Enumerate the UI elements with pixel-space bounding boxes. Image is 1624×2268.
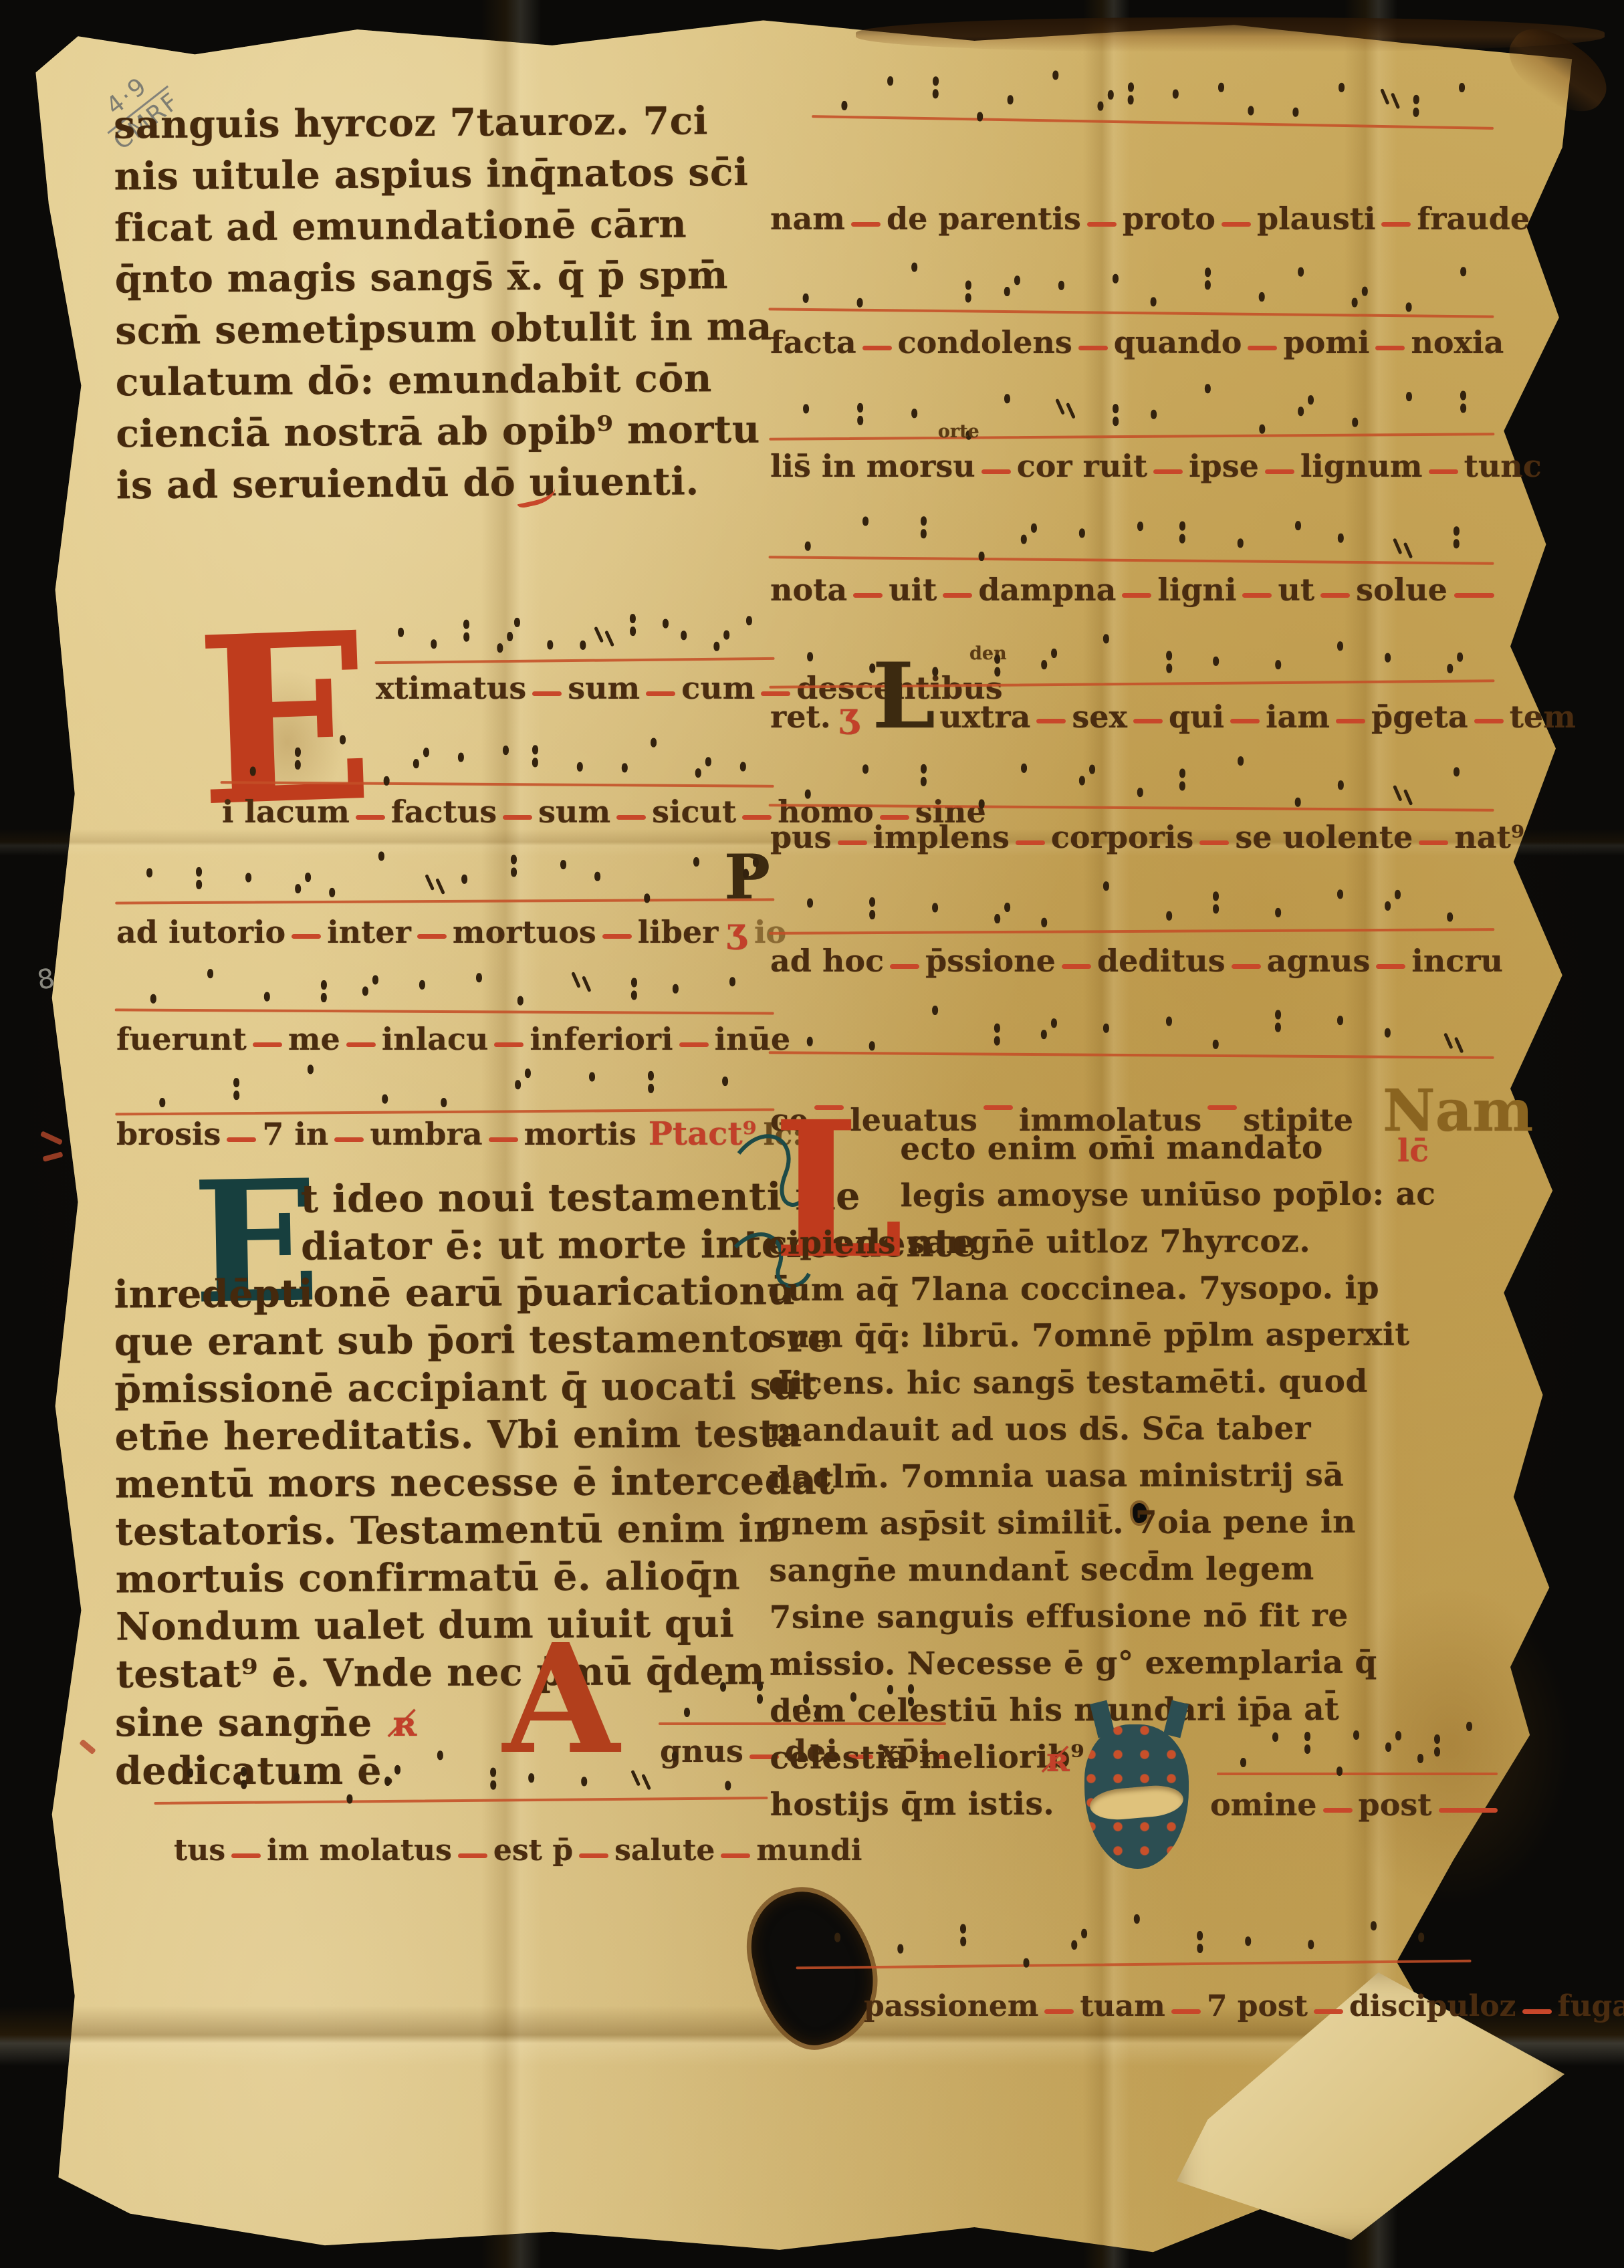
chant-text-line: namde parentisprotoplaustifraude — [769, 201, 1494, 237]
staff-neumes — [154, 1726, 768, 1805]
neume-mark — [1134, 1914, 1140, 1924]
chant-word: quando — [1114, 324, 1242, 360]
neume-mark — [693, 857, 699, 867]
red-separator — [646, 691, 675, 696]
neume-mark — [207, 969, 213, 978]
neume-mark — [560, 860, 566, 869]
red-separator — [1171, 2009, 1201, 2014]
neume-mark — [437, 1750, 443, 1760]
staff-neumes — [374, 586, 774, 664]
chant-word: noxia — [1411, 324, 1504, 360]
staff-neumes — [795, 1889, 1471, 1970]
left-prose-block-1: sanguis hyrcoz 7tauroz. 7cinis uitule as… — [114, 98, 775, 515]
neume-mark — [1137, 788, 1143, 797]
text-line: naclm̄. 7omnia uasa ministrij sā — [769, 1456, 1504, 1506]
neume-mark — [1079, 528, 1085, 538]
neume-mark — [146, 868, 152, 877]
neume-mark — [722, 1076, 728, 1086]
red-separator — [851, 222, 881, 227]
neume-mark — [621, 763, 627, 772]
red-separator — [1522, 2009, 1552, 2014]
neume-mark — [1137, 522, 1143, 531]
red-separator — [862, 346, 892, 350]
neume-mark — [1166, 663, 1172, 673]
chant-word: omine — [1210, 1787, 1317, 1823]
text-line: sangn̄e mundant̄ secd̄m legem — [769, 1550, 1504, 1599]
neume-mark — [196, 880, 202, 889]
chant-word: solue — [1356, 572, 1447, 608]
lc-rubric: lc̄ — [1397, 1133, 1429, 1169]
red-separator — [1320, 593, 1350, 598]
neume-mark — [1466, 1722, 1472, 1731]
neume-mark — [921, 777, 927, 786]
superscript-correction: orte — [938, 421, 979, 442]
text-line: mortuis confirmatū ē. alioq̄n — [116, 1553, 778, 1604]
red-separator — [532, 691, 562, 696]
chant-word: 7 post — [1207, 1989, 1308, 2023]
neume-mark — [681, 631, 687, 640]
neume-mark — [1460, 404, 1466, 413]
neume-mark — [713, 642, 719, 651]
neume-mark — [1447, 664, 1453, 673]
text-line: testatoris. Testamentū enim in — [115, 1506, 777, 1557]
red-separator — [1474, 719, 1504, 723]
red-tail-line — [1439, 1808, 1498, 1813]
text-line: cum aq̄ 7lana coccinea. 7ysopo. ip — [768, 1269, 1504, 1319]
text-line: p̄missionē accipiant q̄ uocati sūt — [114, 1363, 776, 1414]
chant-word: est p̄ — [493, 1833, 573, 1867]
neume-mark — [807, 898, 813, 907]
neume-mark — [581, 1777, 587, 1786]
chant-word: sum — [568, 670, 640, 706]
neume-mark — [1298, 267, 1304, 277]
text-line: Nondum ualet dum uiuit qui — [116, 1601, 778, 1652]
neume-mark — [803, 294, 809, 303]
neume-mark — [264, 992, 270, 1002]
chant-word: cum — [681, 670, 755, 706]
chant-word: tus — [174, 1833, 225, 1867]
neume-mark — [804, 542, 810, 551]
chant-word: condolens — [898, 324, 1072, 360]
neume-mark — [458, 753, 464, 762]
neume-mark — [463, 633, 469, 642]
pencil-mark: 8 — [35, 963, 57, 996]
chant-word: tunc — [1464, 448, 1542, 484]
neume-mark — [476, 973, 482, 982]
chant-word: mortis — [524, 1116, 636, 1152]
text-line: que erant sub p̄ori testamento re — [114, 1316, 776, 1367]
neume-mark — [1053, 70, 1059, 80]
neume-mark — [932, 903, 938, 913]
neume-mark — [1197, 1944, 1203, 1953]
neume-mark — [695, 768, 701, 778]
neume-mark — [532, 758, 538, 767]
neume-mark — [1459, 83, 1465, 92]
neume-mark — [503, 746, 509, 755]
chant-text-line: i lacumfactussumsicuthomosine — [221, 794, 776, 830]
text-line: ecto enim om̄i mandato — [768, 1129, 1503, 1178]
chant-word: im molatus — [267, 1833, 452, 1867]
neume-mark — [978, 799, 984, 808]
neume-mark — [1240, 1758, 1246, 1767]
red-separator — [1381, 222, 1411, 227]
staff-neumes — [221, 710, 775, 788]
neume-mark — [965, 293, 971, 302]
chant-word: ut — [1278, 572, 1314, 608]
red-separator — [616, 815, 646, 820]
red-separator — [1122, 593, 1151, 598]
neume-mark — [1418, 1932, 1424, 1942]
neume-mark — [1337, 1016, 1343, 1025]
neume-mark — [803, 404, 809, 413]
neume-mark — [1393, 538, 1403, 555]
neume-mark — [1454, 539, 1460, 548]
red-staff-line — [1217, 1773, 1498, 1775]
neume-mark — [295, 760, 301, 770]
chant-word: sum — [538, 794, 610, 830]
neume-mark — [461, 875, 467, 884]
staff-neumes — [115, 937, 775, 1014]
red-separator — [227, 1137, 256, 1142]
neume-mark — [862, 516, 868, 526]
chant-word: xtimatus — [376, 670, 526, 706]
text-line: scm̄ semetipsum obtulit in ma — [115, 304, 774, 360]
text-line: gnem asp̄sit similit̄. 7oia pene in — [769, 1503, 1504, 1553]
neume-mark — [651, 738, 657, 748]
chant-word: i lacum — [222, 794, 350, 830]
neume-mark — [362, 986, 368, 996]
neume-mark — [1103, 881, 1109, 891]
red-separator — [1133, 719, 1163, 723]
chant-word: mundi — [756, 1833, 862, 1867]
text-line: etn̄e hereditatis. Vbi enim testa — [114, 1411, 776, 1462]
red-separator — [1375, 346, 1405, 350]
text-line: sum q̄q̄: librū. 7omnē pp̄lm asperxit — [768, 1316, 1504, 1365]
neume-mark — [1238, 756, 1244, 766]
chant-word: se uolente — [1235, 819, 1413, 855]
neume-mark — [1384, 1028, 1390, 1038]
neume-mark — [1259, 292, 1265, 302]
chant-word: corporis — [1051, 819, 1193, 855]
red-separator — [334, 1137, 364, 1142]
red-separator — [981, 469, 1011, 474]
neume-mark — [1385, 1742, 1391, 1752]
text-line: cienciā nostrā ab opib⁹ mortu — [116, 407, 775, 463]
neume-mark — [517, 996, 524, 1006]
text-line: culatum dō: emundabit cōn — [116, 356, 775, 412]
left-prose-block-2: inredēptionē earū p̄uaricationūque eran… — [114, 1268, 778, 1699]
neume-mark — [1007, 95, 1013, 104]
neume-mark — [187, 1768, 193, 1777]
text-line: diator ē: ut morte intercedente — [301, 1222, 776, 1272]
chant-word: qui — [1169, 699, 1224, 735]
staff-neumes: P — [115, 827, 775, 904]
neume-mark — [1434, 1747, 1440, 1756]
neume-mark — [1298, 407, 1304, 416]
chant-word: sicut — [652, 794, 736, 830]
staff-neumes — [769, 485, 1495, 564]
neume-mark — [869, 910, 875, 919]
chant-word: factus — [391, 794, 497, 830]
neume-mark — [382, 1095, 388, 1104]
neume-mark — [378, 851, 384, 861]
neume-mark — [1004, 394, 1010, 403]
chant-word: facta — [770, 324, 856, 360]
red-separator — [489, 1137, 518, 1142]
neume-mark — [1097, 102, 1103, 111]
neume-mark — [932, 1006, 938, 1015]
neume-mark — [1443, 1032, 1454, 1049]
chant-text-line: lis̄ in morsuortecor ruitipselignumtunc — [769, 448, 1494, 484]
red-separator — [1062, 964, 1091, 969]
chant-text-line: ad hocp̄ssionededitusagnusincru — [769, 943, 1494, 979]
neume-mark — [663, 619, 669, 629]
neume-mark — [528, 1773, 534, 1783]
responsory-sign: ʀ̸ — [1046, 1740, 1070, 1779]
chant-text-line: ret.ʒLuxtrasexquiiamp̄getatem — [769, 695, 1494, 736]
red-separator — [1044, 2009, 1074, 2014]
neume-mark — [321, 993, 327, 1002]
chant-word: passionem — [864, 1989, 1038, 2023]
staff-neumes — [768, 237, 1494, 318]
neume-mark — [159, 1098, 165, 1107]
neume-mark — [1339, 83, 1345, 92]
neume-mark — [1213, 904, 1219, 913]
neume-mark — [441, 1098, 447, 1107]
chant-word: sex — [1072, 699, 1127, 735]
chant-word: lis̄ in morsuorte — [770, 448, 975, 484]
neume-mark — [1371, 1921, 1377, 1930]
neume-mark — [340, 735, 346, 744]
text-line: ficat ad emundationē cārn — [114, 201, 774, 257]
neume-mark — [431, 639, 437, 649]
text-line: nis uitule aspius inq̄natos sc̄i — [114, 150, 773, 206]
staff-neumes — [115, 1038, 775, 1116]
neume-mark — [1248, 106, 1254, 115]
chant-text-line: pusimplenscorporisse uolentenat⁹ — [769, 819, 1494, 855]
neume-mark — [576, 762, 582, 772]
red-separator — [1314, 2009, 1343, 2014]
red-separator — [1323, 1808, 1353, 1813]
neume-mark — [994, 1036, 1000, 1046]
neume-mark — [1179, 781, 1185, 790]
staff-neumes — [769, 362, 1495, 441]
text-line: legis amoyse uniūso pop̄lo: ac — [768, 1175, 1503, 1225]
red-separator — [943, 593, 972, 598]
chant-word: dampna — [978, 572, 1116, 608]
neume-mark — [630, 627, 636, 636]
neume-mark — [398, 628, 404, 637]
red-slash-mark — [1351, 1076, 1381, 1133]
neume-mark — [1021, 764, 1027, 773]
neume-mark — [384, 1777, 390, 1786]
staff-neumes — [769, 733, 1495, 812]
chant-word: de parentis — [887, 201, 1081, 237]
red-separator — [417, 934, 447, 939]
neume-mark — [1292, 108, 1298, 117]
chant-word: agnus — [1267, 943, 1371, 979]
manuscript-photo: 4·9 CMRF 8 sanguis hyrcoz 7tauroz. 7cini… — [0, 0, 1624, 2268]
neume-mark — [1413, 108, 1419, 117]
neume-mark — [1112, 274, 1118, 283]
chant-word: lignum — [1300, 448, 1423, 484]
initial-D-domine: D — [1084, 1702, 1198, 1889]
neume-mark — [1166, 911, 1172, 921]
neume-mark — [1021, 535, 1027, 544]
staff-neumes — [769, 857, 1495, 935]
neume-mark — [1275, 660, 1281, 669]
neume-mark — [329, 888, 335, 897]
neume-mark — [1151, 297, 1157, 306]
chant-word: ligni — [1157, 572, 1236, 608]
red-separator — [1429, 469, 1458, 474]
neume-mark — [911, 263, 917, 272]
chant-word: nota — [770, 572, 847, 608]
neume-mark — [1295, 521, 1301, 530]
chant-word: salute — [614, 1833, 715, 1867]
neume-mark — [994, 914, 1000, 923]
neume-mark — [1004, 287, 1010, 296]
neume-mark — [594, 627, 604, 643]
neume-mark — [1454, 767, 1460, 776]
neume-mark — [1352, 298, 1358, 307]
neume-mark — [1079, 776, 1085, 785]
neume-mark — [1272, 1732, 1278, 1742]
red-separator — [356, 815, 385, 820]
neume-mark — [862, 764, 868, 774]
neume-mark — [250, 766, 256, 776]
neume-mark — [490, 1781, 496, 1790]
neume-mark — [897, 1944, 903, 1954]
chant-word: fraude — [1417, 201, 1530, 237]
neume-mark — [857, 416, 863, 425]
neume-mark — [978, 552, 984, 561]
red-separator — [231, 1853, 261, 1858]
staff-neumes — [769, 980, 1495, 1059]
red-separator — [1016, 840, 1045, 845]
neume-mark — [1352, 418, 1358, 427]
neume-mark — [834, 1933, 840, 1942]
red-separator — [602, 934, 632, 939]
neume-mark — [547, 640, 553, 649]
chant-word: cor ruit — [1017, 448, 1147, 484]
red-separator — [1419, 840, 1448, 845]
neume-mark — [1179, 534, 1185, 544]
neume-mark — [1417, 1754, 1423, 1763]
neume-mark — [644, 893, 650, 903]
neume-mark — [842, 101, 848, 110]
chant-word: nat⁹ — [1454, 819, 1524, 855]
neume-mark — [419, 980, 425, 990]
neume-mark — [921, 529, 927, 538]
neume-mark — [1055, 399, 1065, 415]
neume-mark — [1295, 798, 1301, 807]
neume-mark — [295, 884, 301, 893]
neume-mark — [150, 994, 156, 1004]
chant-word: implens — [873, 819, 1010, 855]
neume-mark — [1113, 417, 1119, 426]
neume-mark — [757, 1694, 763, 1704]
red-separator — [458, 1853, 487, 1858]
chant-word: p̄geta — [1371, 699, 1468, 735]
chant-word: umbra — [370, 1116, 482, 1152]
neume-mark — [887, 76, 893, 86]
neume-mark — [746, 616, 752, 625]
neume-mark — [1406, 302, 1412, 312]
red-separator — [1207, 1105, 1237, 1110]
staff-neumes — [812, 44, 1495, 130]
neume-mark — [1173, 90, 1179, 99]
neume-mark — [1071, 1940, 1077, 1950]
neume-mark — [1308, 1940, 1314, 1949]
neume-mark — [1103, 1024, 1109, 1033]
neume-mark — [1218, 83, 1224, 92]
red-separator — [1376, 964, 1405, 969]
neume-mark — [425, 874, 435, 891]
chant-word: ret. — [770, 699, 831, 735]
neume-mark — [571, 972, 581, 988]
text-line: mandauit ad uos ds̄. Sc̄a taber — [769, 1409, 1504, 1459]
red-separator — [1265, 469, 1294, 474]
red-separator — [1222, 222, 1251, 227]
neume-mark — [1260, 425, 1266, 434]
neume-mark — [856, 298, 862, 308]
neume-mark — [1275, 1022, 1281, 1032]
red-margin-mark — [42, 1151, 63, 1161]
chant-word: tuam — [1080, 1989, 1165, 2023]
neume-mark — [1381, 88, 1390, 105]
neume-mark — [1245, 1936, 1251, 1946]
neume-mark — [1205, 384, 1211, 393]
neume-mark — [1041, 918, 1047, 927]
red-separator — [1036, 719, 1066, 723]
neume-mark — [1041, 660, 1047, 669]
red-separator — [1248, 346, 1277, 350]
red-separator — [1199, 840, 1229, 845]
red-tail-line — [1454, 593, 1494, 598]
chant-word: pomi — [1283, 324, 1369, 360]
neume-mark — [1393, 785, 1403, 802]
neume-mark — [1041, 1030, 1047, 1039]
red-separator — [1230, 719, 1260, 723]
red-separator — [890, 964, 919, 969]
neume-mark — [294, 1773, 300, 1782]
neume-mark — [594, 872, 600, 881]
neume-mark — [589, 1072, 595, 1081]
neume-mark — [932, 89, 938, 98]
neume-mark — [245, 873, 251, 883]
red-separator — [1078, 346, 1108, 350]
neume-mark — [869, 1041, 875, 1050]
chant-word: pus — [770, 819, 832, 855]
neume-mark — [1058, 281, 1064, 290]
text-line: cipiens sangn̄ē uitloz 7hyrcoz. — [768, 1222, 1504, 1272]
chant-text-line: ominepost — [1209, 1787, 1498, 1823]
text-line: mentū mors necesse ē intercedat — [115, 1458, 777, 1509]
neume-mark — [514, 618, 520, 627]
chant-word: discipuloz — [1349, 1989, 1516, 2023]
initial-D-horn — [1163, 1700, 1189, 1738]
chant-word: post — [1359, 1787, 1432, 1823]
neume-mark — [1166, 1016, 1172, 1026]
text-line: is ad seruiendū dō uiuenti. — [116, 459, 776, 515]
chant-word: proto — [1123, 201, 1215, 237]
neume-mark — [497, 643, 503, 653]
red-separator — [1336, 719, 1365, 723]
neume-mark — [1353, 1730, 1359, 1740]
red-separator — [579, 1853, 608, 1858]
chant-word: incru — [1411, 943, 1503, 979]
